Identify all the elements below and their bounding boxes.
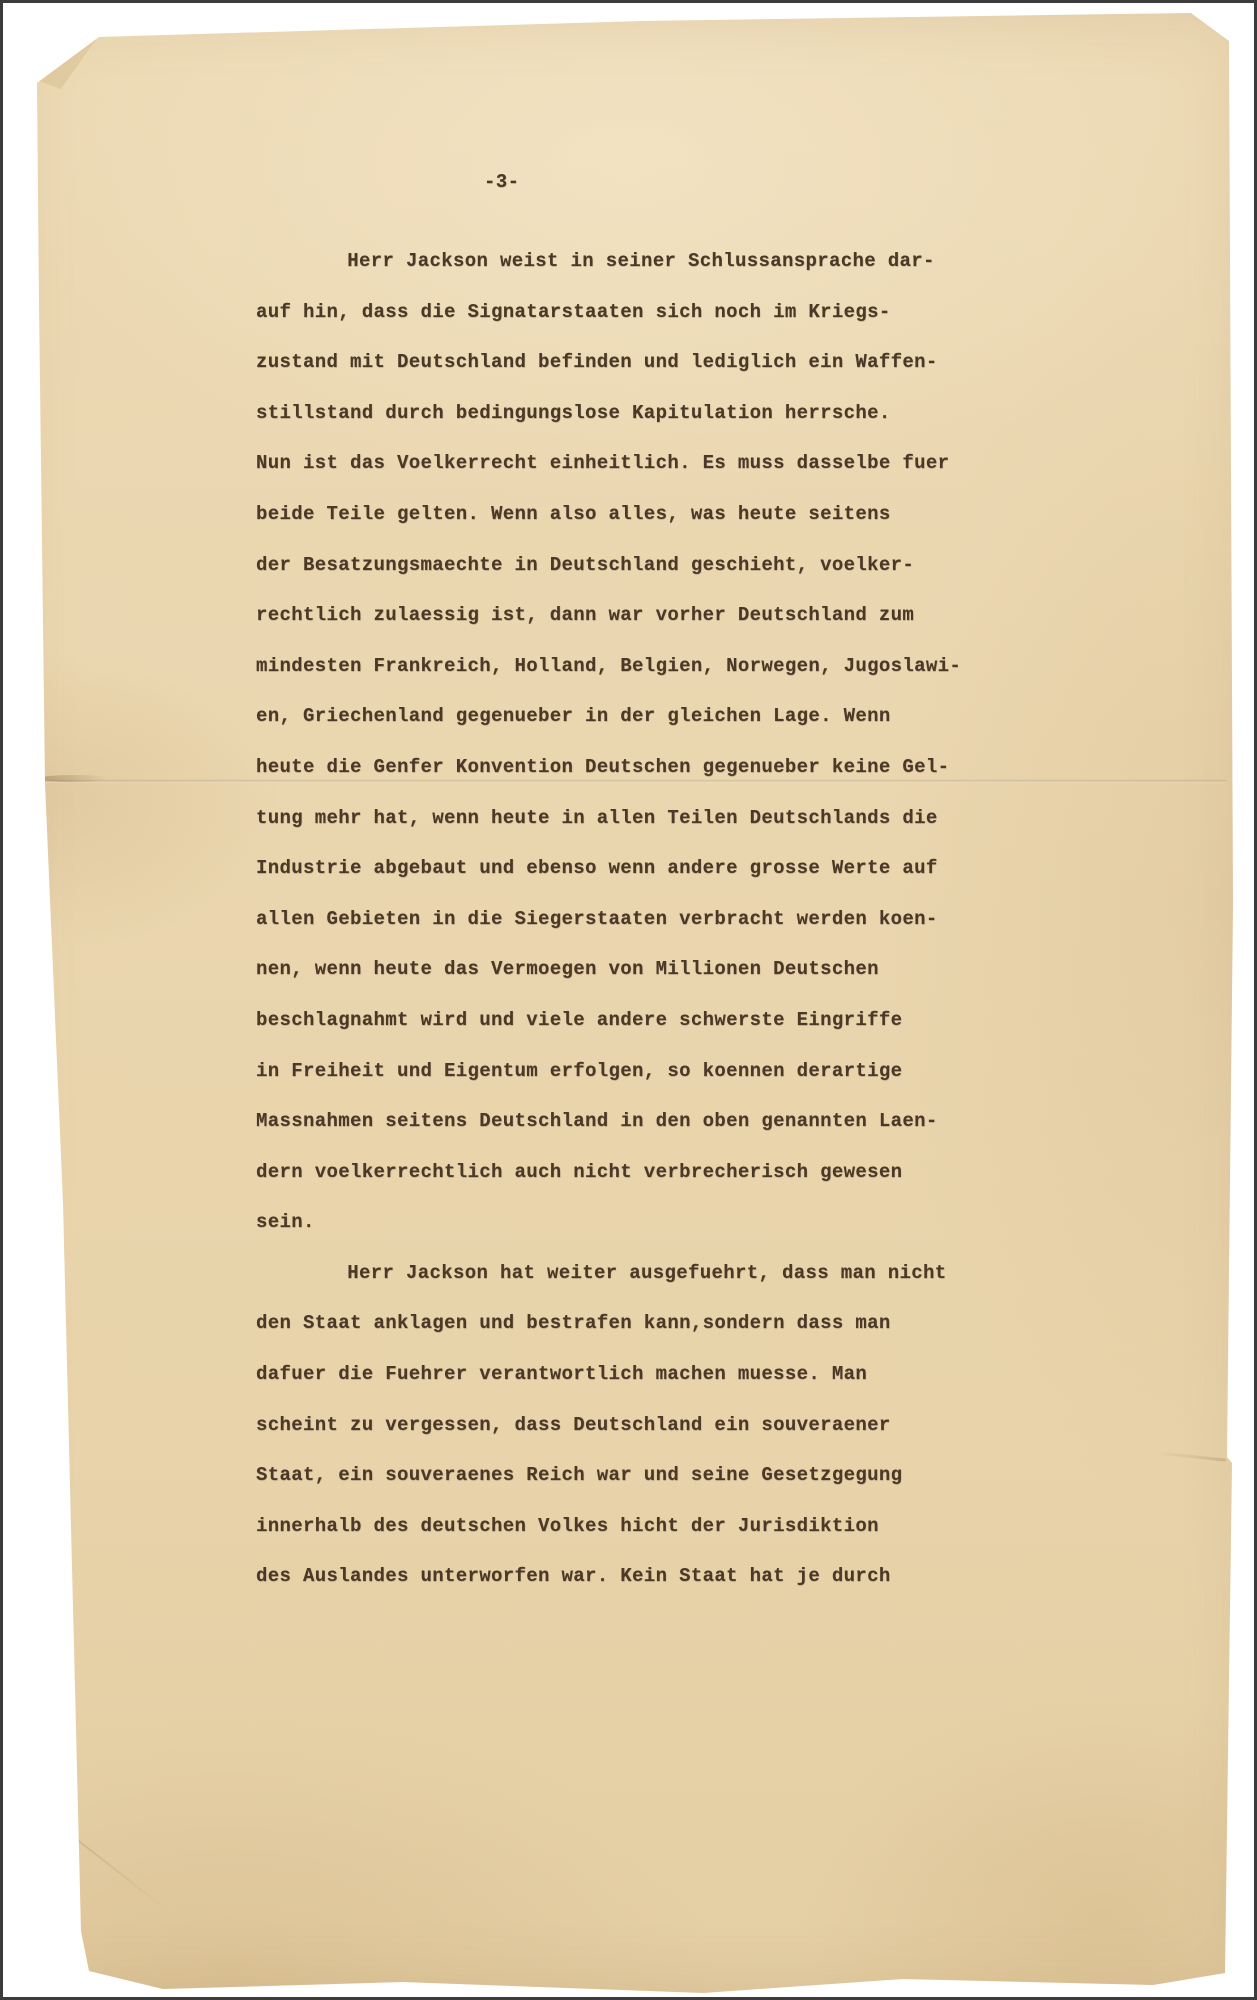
typed-line: zustand mit Deutschland befinden und led… [256,337,976,388]
typed-line: en, Griechenland gegenueber in der gleic… [256,691,976,742]
typed-line: den Staat anklagen und bestrafen kann,so… [256,1298,976,1349]
typed-line: Industrie abgebaut und ebenso wenn ander… [256,843,976,894]
page-number: -3- [484,171,519,193]
typed-line: beschlagnahmt wird und viele andere schw… [256,995,976,1046]
typed-line: dern voelkerrechtlich auch nicht verbrec… [256,1147,976,1198]
bottom-left-crease [73,1836,169,1911]
typed-line: rechtlich zulaessig ist, dann war vorher… [256,590,976,641]
right-edge-crease [1156,1451,1226,1461]
fold-crease-edge-notch [39,775,109,782]
typed-line: mindesten Frankreich, Holland, Belgien, … [256,641,976,692]
typed-line: in Freiheit und Eigentum erfolgen, so ko… [256,1046,976,1097]
typed-line: tung mehr hat, wenn heute in allen Teile… [256,793,976,844]
typed-line: Herr Jackson weist in seiner Schlussansp… [256,236,976,287]
typed-line: Herr Jackson hat weiter ausgefuehrt, das… [256,1248,976,1299]
typed-text-block: Herr Jackson weist in seiner Schlussansp… [256,236,976,1602]
typed-line: Staat, ein souveraenes Reich war und sei… [256,1450,976,1501]
typed-line: nen, wenn heute das Vermoegen von Millio… [256,944,976,995]
typed-line: Nun ist das Voelkerrecht einheitlich. Es… [256,438,976,489]
typed-line: allen Gebieten in die Siegerstaaten verb… [256,894,976,945]
typed-line: stillstand durch bedingungslose Kapitula… [256,388,976,439]
typed-line: Massnahmen seitens Deutschland in den ob… [256,1096,976,1147]
typed-line: sein. [256,1197,976,1248]
typed-line: des Auslandes unterworfen war. Kein Staa… [256,1551,976,1602]
typed-line: der Besatzungsmaechte in Deutschland ges… [256,540,976,591]
typed-line: auf hin, dass die Signatarstaaten sich n… [256,287,976,338]
typed-line: innerhalb des deutschen Volkes hicht der… [256,1501,976,1552]
folded-corner-top-left [3,3,123,113]
typed-line: dafuer die Fuehrer verantwortlich machen… [256,1349,976,1400]
typed-line: scheint zu vergessen, dass Deutschland e… [256,1400,976,1451]
photographed-document: -3- Herr Jackson weist in seiner Schluss… [0,0,1257,2000]
typed-line: heute die Genfer Konvention Deutschen ge… [256,742,976,793]
paper-sheet: -3- Herr Jackson weist in seiner Schluss… [3,3,1254,1997]
typed-line: beide Teile gelten. Wenn also alles, was… [256,489,976,540]
